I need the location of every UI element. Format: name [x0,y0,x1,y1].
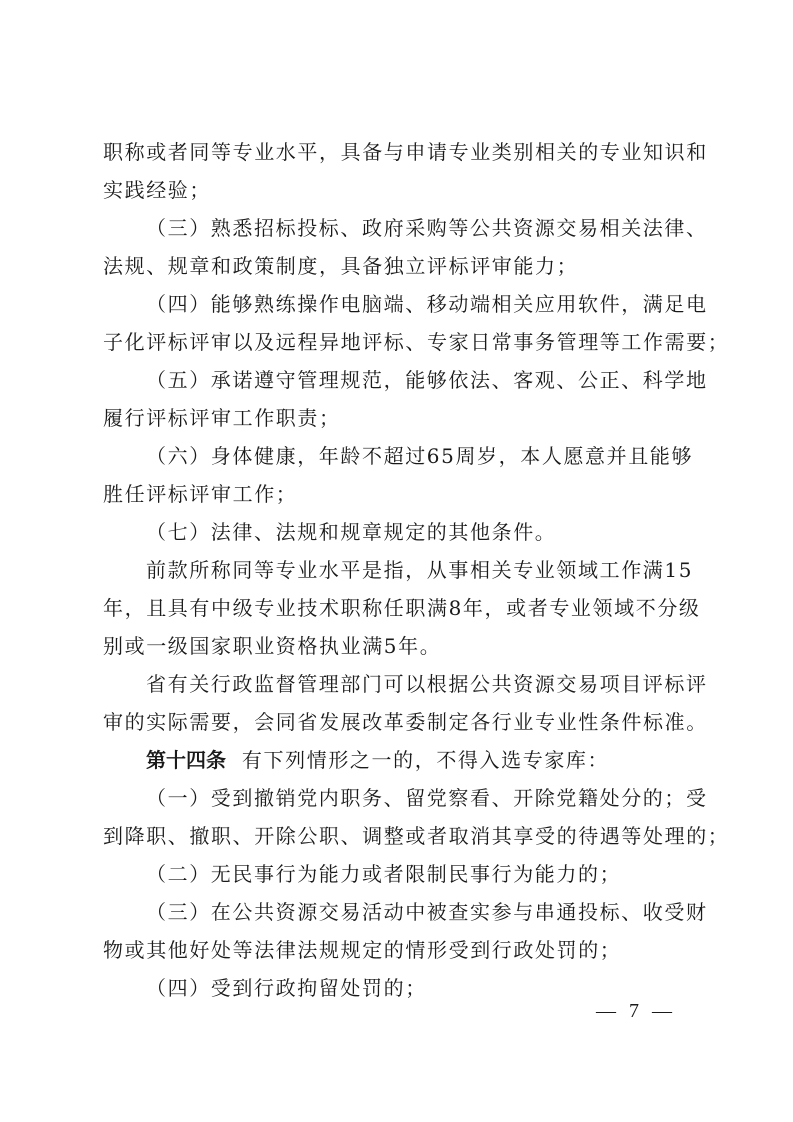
paragraph-provincial-standards: 省有关行政监督管理部门可以根据公共资源交易项目评标评 [103,665,693,703]
article-heading: 第十四条 [146,748,226,772]
text-line: 实践经验； [103,171,693,209]
list-item-4: （四）能够熟练操作电脑端、移动端相关应用软件，满足电 [103,285,693,323]
list-item-7: （七）法律、法规和规章规定的其他条件。 [103,513,693,551]
page-number: — 7 — [596,1000,676,1023]
exclusion-item-3: （三）在公共资源交易活动中被查实参与串通投标、收受财 [103,893,693,931]
paragraph-equivalent-level: 前款所称同等专业水平是指，从事相关专业领域工作满15 [103,551,693,589]
text-line: 物或其他好处等法律法规规定的情形受到行政处罚的； [103,931,693,969]
text-line: 履行评标评审工作职责； [103,399,693,437]
text-line: 审的实际需要，会同省发展改革委制定各行业专业性条件标准。 [103,703,693,741]
text-line: 别或一级国家职业资格执业满5年。 [103,627,693,665]
document-page: 职称或者同等专业水平，具备与申请专业类别相关的专业知识和 实践经验； （三）熟悉… [0,0,793,1122]
list-item-6: （六）身体健康，年龄不超过65周岁，本人愿意并且能够 [103,437,693,475]
list-item-3: （三）熟悉招标投标、政府采购等公共资源交易相关法律、 [103,209,693,247]
text-line: 胜任评标评审工作； [103,475,693,513]
list-item-5: （五）承诺遵守管理规范，能够依法、客观、公正、科学地 [103,361,693,399]
text-line: 法规、规章和政策制度，具备独立评标评审能力； [103,247,693,285]
text-line: 年，且具有中级专业技术职称任职满8年，或者专业领域不分级 [103,589,693,627]
document-body: 职称或者同等专业水平，具备与申请专业类别相关的专业知识和 实践经验； （三）熟悉… [103,133,693,1007]
article-text: 有下列情形之一的，不得入选专家库： [242,748,609,772]
exclusion-item-2: （二）无民事行为能力或者限制民事行为能力的； [103,855,693,893]
text-line: 职称或者同等专业水平，具备与申请专业类别相关的专业知识和 [103,133,693,171]
text-line: 到降职、撤职、开除公职、调整或者取消其享受的待遇等处理的； [103,817,693,855]
text-line: 子化评标评审以及远程异地评标、专家日常事务管理等工作需要； [103,323,693,361]
article-14: 第十四条 有下列情形之一的，不得入选专家库： [103,741,693,779]
exclusion-item-1: （一）受到撤销党内职务、留党察看、开除党籍处分的；受 [103,779,693,817]
